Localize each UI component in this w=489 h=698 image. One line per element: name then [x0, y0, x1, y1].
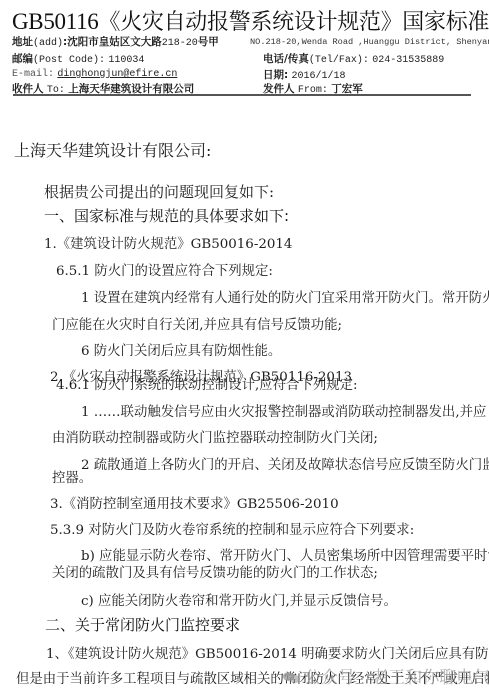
- letterhead-title: GB50116《火灾自动报警系统设计规范》国家标准管理组: [12, 5, 489, 36]
- s1-item3-clause: 5.3.9 对防火门及防火卷帘系统的控制和显示应符合下列要求:: [50, 519, 414, 538]
- email-row: E-mail: dinghongjun@efire.cn: [12, 67, 177, 80]
- email-link[interactable]: dinghongjun@efire.cn: [57, 69, 177, 80]
- address-row: 地址(add):沈阳市皇姑区文大路218-20号甲: [12, 34, 219, 49]
- s1-item3-b-line2: 关闭的疏散门及具有信号反馈功能的防火门的工作状态;: [52, 562, 378, 581]
- greeting: 上海天华建筑设计有限公司:: [14, 138, 211, 161]
- s1-item1-clause: 6.5.1 防火门的设置应符合下列规定:: [56, 260, 273, 279]
- s1-item3-c: c) 应能关闭防火卷帘和常开防火门,并显示反馈信号。: [81, 590, 397, 609]
- s1-item1-para6: 6 防火门关闭后应具有防烟性能。: [81, 340, 281, 359]
- wechat-icon: [283, 670, 301, 684]
- letterhead-title-text: 《火灾自动报警系统设计规范》国家标准管理组: [99, 10, 489, 35]
- s1-item1-para1-line1: 1 设置在建筑内经常有人通行处的防火门宜采用常开防火门。常开防火: [81, 287, 489, 306]
- tel-row: 电话/传真(Tel/Fax): 024-31535889: [263, 51, 444, 66]
- intro-text: 根据贵公司提出的问题现回复如下:: [44, 181, 274, 202]
- watermark: 公众号 · 老王和你聊电气: [283, 663, 489, 688]
- s1-item1-para1-line2: 门应能在火灾时自行关闭,并应具有信号反馈功能;: [52, 314, 342, 333]
- address-english: NO.218-20,Wenda Road ,Huanggu District, …: [250, 37, 489, 47]
- postcode-row: 邮编(Post Code): 110034: [12, 51, 144, 66]
- s1-item2-para1-line1: 1 ……联动触发信号应由火灾报警控制器或消防联动控制器发出,并应: [81, 401, 486, 420]
- watermark-text: 公众号 · 老王和你聊电气: [304, 668, 489, 688]
- section-1-heading: 一、国家标准与规范的具体要求如下:: [44, 205, 289, 226]
- s1-item2-para1-line2: 由消防联动控制器或防火门监控器联动控制防火门关闭;: [52, 427, 378, 446]
- s1-item2-para2-line1: 2 疏散通道上各防火门的开启、关闭及故障状态信号应反馈至防火门监: [81, 454, 489, 473]
- s1-item2-clause: 4.6.1 防火门系统的联动控制设计,应符合下列规定:: [56, 374, 358, 393]
- s1-item1-title: 1.《建筑设计防火规范》GB50016-2014: [44, 233, 292, 252]
- header-divider: [13, 94, 471, 96]
- s1-item2-para2-line2: 控器。: [52, 467, 92, 486]
- s2-item1-line1: 1、《建筑设计防火规范》GB50016-2014 明确要求防火门关闭后应具有防烟…: [46, 643, 489, 662]
- date-row: 日期: 2016/1/18: [263, 67, 346, 82]
- section-2-heading: 二、关于常闭防火门监控要求: [45, 614, 240, 635]
- standard-code: GB50116: [12, 9, 99, 34]
- s1-item3-title: 3.《消防控制室通用技术要求》GB25506-2010: [50, 493, 339, 512]
